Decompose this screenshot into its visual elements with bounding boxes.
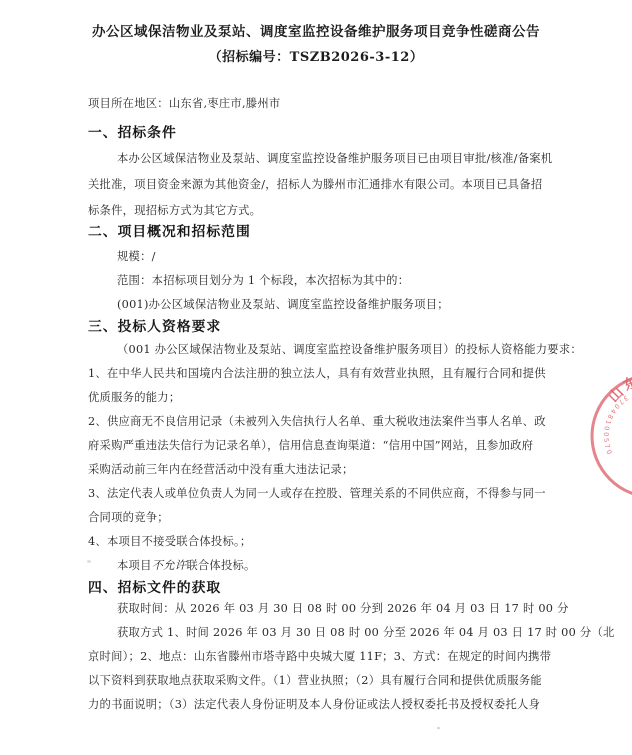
document-title: 办公区域保洁物业及泵站、调度室监控设备维护服务项目竞争性磋商公告: [0, 0, 632, 43]
joint-bid-note-prefix: 本项目: [117, 559, 152, 572]
svg-text:37048100570: 37048100570: [602, 394, 630, 458]
doc-line: 规模：/: [88, 245, 588, 269]
doc-line: 获取方式 1、时间 2026 年 03 月 30 日 08 时 00 分至 20…: [88, 621, 588, 645]
section-heading: 三、投标人资格要求: [88, 314, 588, 340]
document-body: 项目所在地区：山东省,枣庄市,滕州市 一、招标条件 本办公区域保洁物业及泵站、调…: [88, 92, 588, 717]
scanned-document-page: 办公区域保洁物业及泵站、调度室监控设备维护服务项目竞争性磋商公告 （招标编号：T…: [0, 0, 632, 755]
project-location-line: 项目所在地区：山东省,枣庄市,滕州市: [88, 92, 588, 116]
doc-line: （001 办公区域保洁物业及泵站、调度室监控设备维护服务项目）的投标人资格能力要…: [88, 338, 588, 362]
joint-bid-note-suffix: 联合体投标。: [186, 559, 255, 572]
section-heading: 二、项目概况和招标范围: [88, 219, 588, 245]
tender-number: （招标编号：TSZB2026-3-12）: [0, 47, 632, 69]
seal-outer-ring: [592, 375, 632, 497]
doc-line: 范围：本招标项目划分为 1 个标段，本次招标为其中的：: [88, 269, 588, 293]
joint-bid-note-emphasis: 不允许: [152, 559, 187, 572]
svg-text:山东: 山东: [606, 372, 632, 406]
doc-line: 2、供应商无不良信用记录（未被列入失信执行人名单、重大税收违法案件当事人名单、政: [88, 410, 588, 434]
seal-arc-text: 山东: [606, 372, 632, 406]
section-project-overview: 二、项目概况和招标范围 规模：/ 范围：本招标项目划分为 1 个标段，本次招标为…: [88, 219, 588, 317]
section-bidder-qualifications: 三、投标人资格要求 （001 办公区域保洁物业及泵站、调度室监控设备维护服务项目…: [88, 314, 588, 578]
doc-line: 关批准，项目资金来源为其他资金/，招标人为滕州市汇通排水有限公司。本项目已具备招: [88, 172, 588, 198]
doc-line: 采购活动前三年内在经营活动中没有重大违法记录；: [88, 458, 588, 482]
section-heading: 一、招标条件: [88, 120, 588, 146]
doc-line: 获取时间：从 2026 年 03 月 30 日 08 时 00 分到 2026 …: [88, 597, 588, 621]
doc-line: 府采购严重违法失信行为记录名单），信用信息查询渠道：“信用中国”网站，且参加政府: [88, 434, 588, 458]
section-document-acquisition: 四、招标文件的获取 获取时间：从 2026 年 03 月 30 日 08 时 0…: [88, 575, 588, 717]
doc-line: 合同项的竞争；: [88, 506, 588, 530]
seal-digits: 37048100570: [602, 394, 630, 458]
doc-line: 本办公区域保洁物业及泵站、调度室监控设备维护服务项目已由项目审批/核准/备案机: [88, 146, 588, 172]
doc-line: 3、法定代表人或单位负责人为同一人或存在控股、管理关系的不同供应商，不得参与同一: [88, 482, 588, 506]
doc-line: 4、本项目不接受联合体投标。；: [88, 530, 588, 554]
doc-line: 力的书面说明；（3）法定代表人身份证明及本人身份证或法人授权委托书及授权委托人身: [88, 693, 588, 717]
doc-line: 京时间）；2、地点：山东省滕州市塔寺路中央城大厦 11F；3、方式：在规定的时间…: [88, 645, 588, 669]
scan-speck: [437, 727, 440, 729]
doc-line: 以下资料到获取地点获取采购文件。（1）营业执照；（2）具有履行合同和提供优质服务…: [88, 669, 588, 693]
section-tender-conditions: 一、招标条件 本办公区域保洁物业及泵站、调度室监控设备维护服务项目已由项目审批/…: [88, 120, 588, 224]
scan-speck: [87, 560, 91, 563]
doc-line: 1、在中华人民共和国境内合法注册的独立法人，具有有效营业执照，且有履行合同和提供: [88, 362, 588, 386]
doc-line: 优质服务的能力；: [88, 386, 588, 410]
